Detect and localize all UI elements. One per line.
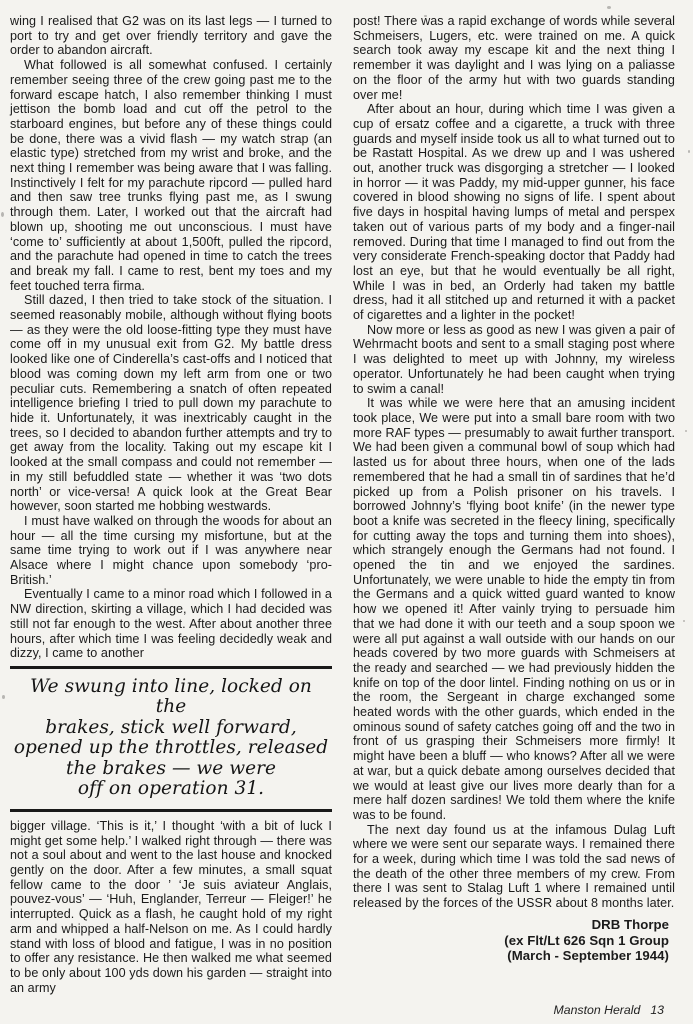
paragraph: What followed is all somewhat confused. … [10, 58, 332, 293]
paragraph: The next day found us at the infamous Du… [353, 823, 675, 911]
paragraph: post! There was a rapid exchange of word… [353, 14, 675, 102]
signature-line: DRB Thorpe [353, 917, 669, 933]
paragraph: Eventually I came to a minor road which … [10, 587, 332, 661]
left-column: wing I realised that G2 was on its last … [10, 14, 332, 995]
left-column-text-bottom: bigger village. ‘This is it,’ I thought … [10, 819, 332, 995]
right-column-text: post! There was a rapid exchange of word… [353, 14, 675, 911]
footer-journal-title: Manston Herald [554, 1003, 641, 1017]
right-column: post! There was a rapid exchange of word… [353, 14, 675, 995]
paragraph: I must have walked on through the woods … [10, 514, 332, 588]
footer-page-number: 13 [650, 1003, 664, 1017]
pull-quote: We swung into line, locked on thebrakes,… [10, 666, 332, 812]
magazine-page: wing I realised that G2 was on its last … [0, 0, 693, 1024]
pull-quote-line: off on operation 31. [12, 779, 330, 800]
page-footer: Manston Herald13 [554, 1003, 665, 1017]
paragraph: wing I realised that G2 was on its last … [10, 14, 332, 58]
pull-quote-line: We swung into line, locked on the [12, 677, 330, 718]
scan-speck [607, 6, 611, 9]
scan-speck [2, 695, 5, 699]
paragraph: Now more or less as good as new I was gi… [353, 323, 675, 397]
scan-speck [688, 150, 690, 153]
pull-quote-line: opened up the throttles, released [12, 738, 330, 759]
paragraph: Still dazed, I then tried to take stock … [10, 293, 332, 514]
scan-speck [424, 15, 427, 17]
scan-speck [685, 430, 687, 432]
paragraph: It was while we were here that an amusin… [353, 396, 675, 822]
pull-quote-line: the brakes — we were [12, 759, 330, 780]
author-signature: DRB Thorpe(ex Flt/Lt 626 Sqn 1 Group(Mar… [353, 917, 675, 964]
pull-quote-line: brakes, stick well forward, [12, 718, 330, 739]
scan-speck [683, 620, 685, 622]
left-column-text-top: wing I realised that G2 was on its last … [10, 14, 332, 661]
signature-line: (March - September 1944) [353, 948, 669, 964]
paragraph: After about an hour, during which time I… [353, 102, 675, 323]
scan-speck [659, 19, 662, 21]
article-columns: wing I realised that G2 was on its last … [10, 14, 677, 995]
scan-speck [1, 212, 4, 217]
paragraph: bigger village. ‘This is it,’ I thought … [10, 819, 332, 995]
signature-line: (ex Flt/Lt 626 Sqn 1 Group [353, 933, 669, 949]
